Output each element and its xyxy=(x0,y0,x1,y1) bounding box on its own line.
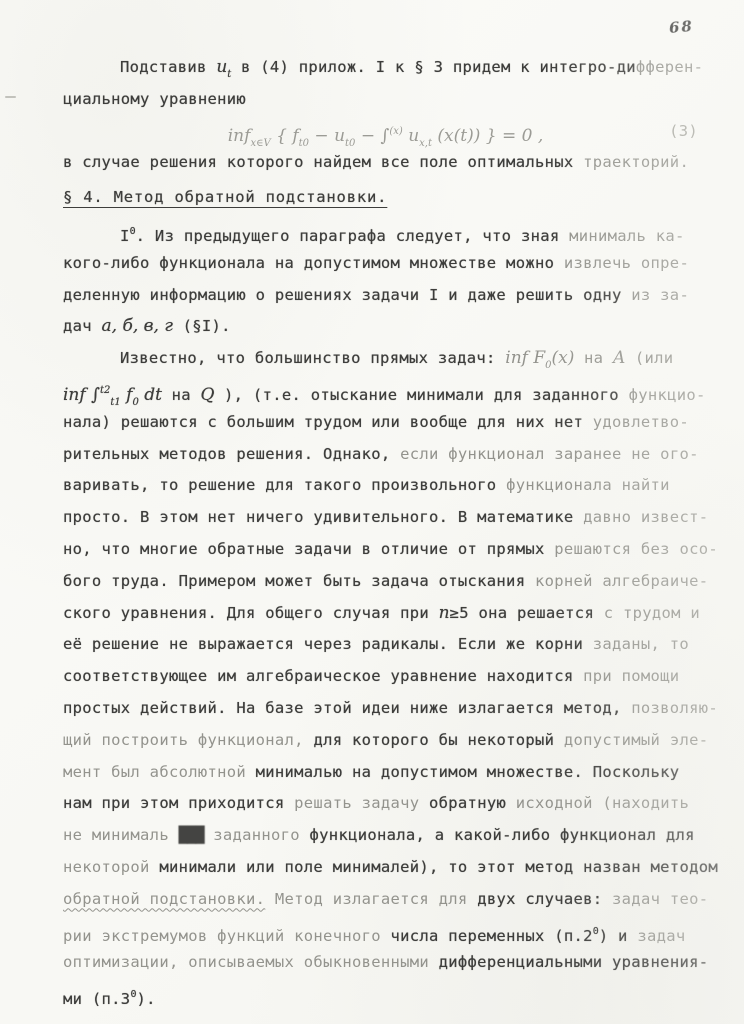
text-segment: (x) xyxy=(552,348,575,368)
para-3-line-1: Известно, что большинство прямых задач: … xyxy=(63,343,708,375)
text-line: бого труда. Примером может быть задача о… xyxy=(63,566,708,598)
text-segment: ∫ xyxy=(91,385,100,405)
text-segment: рительных методов решения. Однако, xyxy=(63,445,400,463)
text-segment: t2 xyxy=(100,385,110,396)
text-segment: в (4) прилож. I к § 3 придем к интегро-д… xyxy=(231,58,636,76)
text-segment: с трудом и xyxy=(604,604,700,622)
text-segment: допустимый эле- xyxy=(564,731,708,749)
text-segment: позволяю- xyxy=(631,699,718,717)
text-segment: на xyxy=(162,386,201,404)
text-segment: она решается xyxy=(469,604,604,622)
text-segment: если функционал заранее не ого- xyxy=(400,445,699,463)
text-segment: ≥5 xyxy=(450,604,469,622)
text-segment: на xyxy=(574,349,613,367)
text-segment: но, что многие обратные задачи в отличие… xyxy=(63,540,554,558)
text-line: кого-либо функционала на допустимом множ… xyxy=(63,248,708,280)
text-segment: t0 xyxy=(299,138,309,149)
text-line: простых действий. На базе этой идеи ниже… xyxy=(63,693,708,725)
text-segment: дифференциальными уравнения- xyxy=(439,953,709,971)
text-segment: корней алгебраиче- xyxy=(535,572,708,590)
text-segment: ). xyxy=(136,990,155,1008)
text-line: нам при этом приходится решать задачу об… xyxy=(63,788,708,820)
text-segment: A xyxy=(613,348,625,368)
scanned-document-page: 68 Подставив ut в (4) прилож. I к § 3 пр… xyxy=(0,0,744,1024)
section-heading: § 4. Метод обратной подстановки. xyxy=(63,182,708,214)
text-segment: (x(t)) } = 0 , xyxy=(432,126,543,146)
text-line: оптимизации, описываемых обыкновенными д… xyxy=(63,947,708,979)
text-segment: I xyxy=(120,227,130,245)
text-body: Подставив ut в (4) прилож. I к § 3 приде… xyxy=(63,52,708,1011)
text-segment: inf xyxy=(228,126,251,146)
text-segment: просто. В этом нет ничего удивительного.… xyxy=(63,508,583,526)
text-line: деленную информацию о решениях задачи I … xyxy=(63,280,708,312)
text-segment: для которого бы некоторый xyxy=(313,731,563,749)
text-segment: нала) решаются с большим трудом или вооб… xyxy=(63,413,593,431)
text-line: не минималь ███ заданного функционала, а… xyxy=(63,820,708,852)
text-line: обратной подстановки. Метод излагается д… xyxy=(63,884,708,916)
text-segment: двух случаев: xyxy=(468,890,612,908)
text-segment: задач xyxy=(637,927,685,945)
para-1-line-1: Подставив ut в (4) прилож. I к § 3 приде… xyxy=(63,52,708,84)
text-segment: inf F xyxy=(505,348,545,368)
text-segment: u xyxy=(216,57,227,77)
text-line: просто. В этом нет ничего удивительного.… xyxy=(63,502,708,534)
text-segment: (§I). xyxy=(173,317,231,335)
text-segment: Метод излагается для xyxy=(275,890,468,908)
text-segment: минимали или поле минималей), то этот ме… xyxy=(159,858,718,876)
text-segment: Q xyxy=(200,385,214,405)
text-segment: ), (т.е. отыскание минимали для заданног… xyxy=(214,386,628,404)
text-line: варивать, то решение для такого произвол… xyxy=(63,470,708,502)
text-segment: { f xyxy=(271,126,299,146)
para-2-line-1: I0. Из предыдущего параграфа следует, чт… xyxy=(63,216,708,248)
text-segment: оптимизации, описываемых xyxy=(63,953,304,971)
text-segment: из за- xyxy=(631,286,689,304)
text-line: рительных методов решения. Однако, если … xyxy=(63,439,708,471)
text-line: соответствующее им алгебраическое уравне… xyxy=(63,661,708,693)
text-line: мент был абсолютной минималью на допусти… xyxy=(63,757,708,789)
text-segment: inf xyxy=(63,385,91,405)
text-segment: рии экстремумов функций конечного xyxy=(63,927,390,945)
text-segment: функционала, а какой-либо функционал для xyxy=(310,826,695,844)
text-segment: не минималь xyxy=(63,826,179,844)
text-segment: минималью на допустимом множестве. Поско… xyxy=(256,763,680,781)
struck-out-word: ███ xyxy=(179,826,204,844)
text-line: в случае решения которого найдем все пол… xyxy=(63,147,708,179)
text-segment: деленную информацию о решениях задачи I … xyxy=(63,286,631,304)
text-segment: минималь ка- xyxy=(569,227,685,245)
text-segment: исходной (находить xyxy=(516,794,689,812)
text-segment: давно извест- xyxy=(583,508,708,526)
text-segment: циальному уравнению xyxy=(63,90,246,108)
text-segment: щий построить функционал, xyxy=(63,731,313,749)
text-segment: − u xyxy=(309,126,345,146)
text-segment: (x) xyxy=(389,126,402,137)
text-segment: x∈V xyxy=(250,138,270,149)
text-segment: задач тео- xyxy=(612,890,708,908)
text-segment: числа переменных (п.2 xyxy=(390,927,592,945)
text-segment: простых действий. На базе этой идеи ниже… xyxy=(63,699,631,717)
text-line: дач a, б, в, г (§I). xyxy=(63,311,708,343)
text-line: но, что многие обратные задачи в отличие… xyxy=(63,534,708,566)
text-segment: функцио- xyxy=(629,386,706,404)
text-segment: заданы, то xyxy=(593,635,689,653)
equation-3: infx∈V { ft0 − ut0 − ∫(x) ux,t (x(t)) } … xyxy=(63,116,708,148)
text-segment: мент был абсолютной xyxy=(63,763,256,781)
text-segment: варивать, то решение для такого произвол… xyxy=(63,476,506,494)
text-segment: u xyxy=(403,126,419,146)
text-segment: . Из предыдущего параграфа следует, что … xyxy=(136,227,569,245)
text-line: нала) решаются с большим трудом или вооб… xyxy=(63,407,708,439)
text-segment: удовлетво- xyxy=(593,413,689,431)
text-segment: бого труда. Примером может быть задача о… xyxy=(63,572,535,590)
text-segment: заданного xyxy=(204,826,310,844)
text-segment: dt xyxy=(139,385,162,405)
text-line: циальному уравнению xyxy=(63,84,708,116)
text-segment: нам при этом приходится xyxy=(63,794,294,812)
text-segment: Известно, что большинство прямых задач: xyxy=(120,349,505,367)
text-segment: ) и xyxy=(599,927,638,945)
text-segment: соответствующее им алгебраическое уравне… xyxy=(63,667,583,685)
text-line: ского уравнения. Для общего случая при n… xyxy=(63,598,708,630)
text-segment: при помощи xyxy=(583,667,679,685)
text-segment: дач xyxy=(63,317,102,335)
text-line: щий построить функционал, для которого б… xyxy=(63,725,708,757)
text-line: рии экстремумов функций конечного числа … xyxy=(63,916,708,948)
text-segment: траекторий. xyxy=(583,153,689,171)
text-segment: a, б, в, г xyxy=(102,316,173,336)
text-segment: f xyxy=(121,385,133,405)
text-segment: ского уравнения. Для общего случая при xyxy=(63,604,439,622)
text-segment: − xyxy=(355,126,380,146)
equation-number: (3) xyxy=(669,116,698,148)
text-segment: ∫ xyxy=(380,126,389,146)
text-line: некоторой минимали или поле минималей), … xyxy=(63,852,708,884)
text-segment: t0 xyxy=(345,138,355,149)
text-segment: в случае решения которого найдем все пол… xyxy=(63,153,583,171)
text-segment: фферен- xyxy=(636,58,703,76)
text-segment: решаются без осо- xyxy=(554,540,718,558)
text-segment xyxy=(265,890,275,908)
text-segment: обратную xyxy=(429,794,516,812)
page-number: 68 xyxy=(668,17,694,37)
text-segment: § 4. Метод обратной подстановки. xyxy=(63,188,387,206)
text-segment: кого-либо функционала на допустимом множ… xyxy=(63,254,564,272)
text-segment: её решение не выражается через радикалы.… xyxy=(63,635,593,653)
text-segment: решать задачу xyxy=(294,794,429,812)
text-segment: n xyxy=(439,603,450,623)
text-segment: x,t xyxy=(419,138,432,149)
text-segment: обыкновенными xyxy=(304,953,439,971)
text-segment: ми (п.3 xyxy=(63,990,130,1008)
text-segment: Подставив xyxy=(120,58,216,76)
text-segment: некоторой xyxy=(63,858,159,876)
text-line: ми (п.30). xyxy=(63,979,708,1011)
text-segment: извлечь опре- xyxy=(564,254,689,272)
text-line: её решение не выражается через радикалы.… xyxy=(63,629,708,661)
scan-artifact-dash xyxy=(5,96,16,98)
text-segment: функционала найти xyxy=(506,476,670,494)
text-segment: (или xyxy=(625,349,673,367)
text-line: inf ∫t2t1 f0 dt на Q ), (т.е. отыскание … xyxy=(63,375,708,407)
method-name-underlined: обратной подстановки. xyxy=(63,890,265,908)
text-segment: 0 xyxy=(545,360,551,371)
